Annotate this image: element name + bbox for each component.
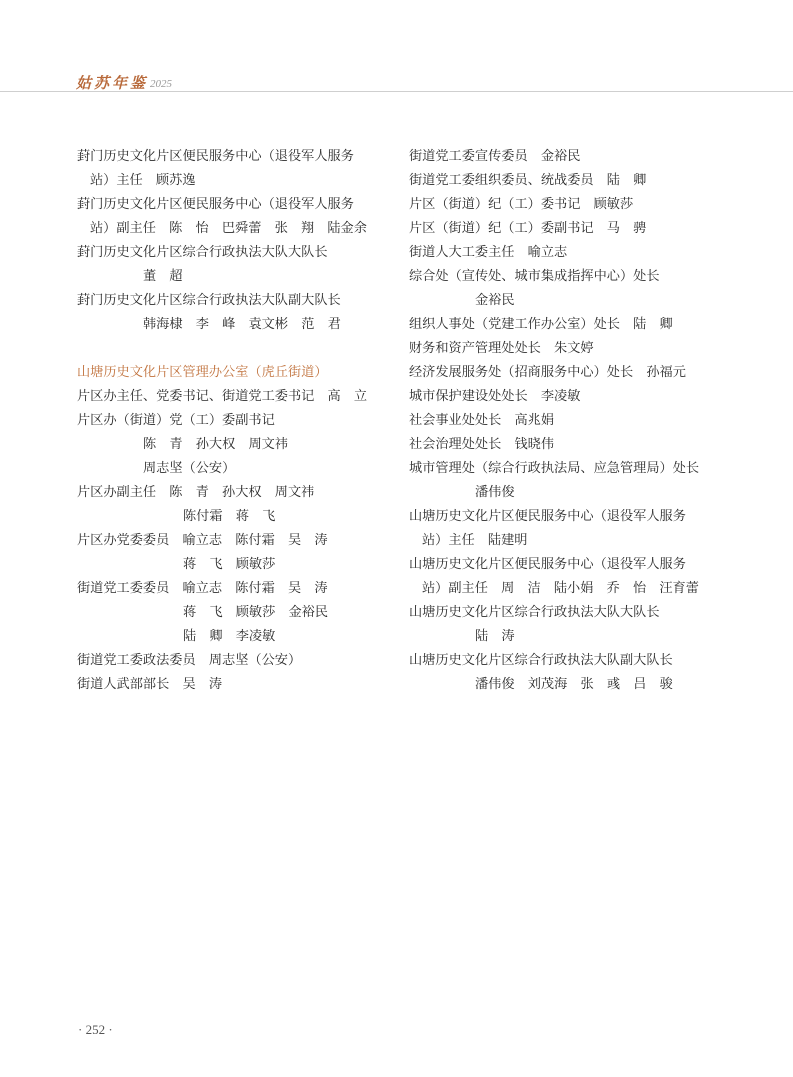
right-column: 街道党工委宣传委员 金裕民 街道党工委组织委员、统战委员 陆 卿 片区（街道）纪… bbox=[409, 145, 729, 697]
text-line: 山塘历史文化片区综合行政执法大队大队长 bbox=[409, 601, 729, 625]
text-line: 片区办主任、党委书记、街道党工委书记 高 立 bbox=[77, 385, 397, 409]
text-line: 片区（街道）纪（工）委副书记 马 骋 bbox=[409, 217, 729, 241]
text-line: 葑门历史文化片区综合行政执法大队副大队长 bbox=[77, 289, 397, 313]
page-number: · 252 · bbox=[78, 1022, 113, 1038]
text-line: 潘伟俊 bbox=[409, 481, 729, 505]
text-line: 韩海棣 李 峰 袁文彬 范 君 bbox=[77, 313, 397, 337]
text-line: 潘伟俊 刘茂海 张 彧 吕 骏 bbox=[409, 673, 729, 697]
yearbook-year: 2025 bbox=[150, 77, 172, 91]
text-line: 葑门历史文化片区便民服务中心（退役军人服务 bbox=[77, 193, 397, 217]
section-heading: 山塘历史文化片区管理办公室（虎丘街道） bbox=[77, 361, 397, 385]
text-line: 站）副主任 陈 怡 巴舜蕾 张 翔 陆金余 bbox=[77, 217, 397, 241]
yearbook-title: 姑苏年鉴 bbox=[76, 74, 148, 92]
text-line: 站）主任 顾苏逸 bbox=[77, 169, 397, 193]
text-line: 山塘历史文化片区综合行政执法大队副大队长 bbox=[409, 649, 729, 673]
text-line: 山塘历史文化片区便民服务中心（退役军人服务 bbox=[409, 553, 729, 577]
text-line: 街道党工委委员 喻立志 陈付霜 吴 涛 bbox=[77, 577, 397, 601]
text-line: 街道党工委组织委员、统战委员 陆 卿 bbox=[409, 169, 729, 193]
text-line: 片区办（街道）党（工）委副书记 bbox=[77, 409, 397, 433]
text-line: 城市保护建设处处长 李凌敏 bbox=[409, 385, 729, 409]
text-line: 街道党工委宣传委员 金裕民 bbox=[409, 145, 729, 169]
text-line: 周志坚（公安） bbox=[77, 457, 397, 481]
text-line: 蒋 飞 顾敏莎 bbox=[77, 553, 397, 577]
text-line: 葑门历史文化片区综合行政执法大队大队长 bbox=[77, 241, 397, 265]
text-line: 董 超 bbox=[77, 265, 397, 289]
text-line: 片区办党委委员 喻立志 陈付霜 吴 涛 bbox=[77, 529, 397, 553]
text-line: 陈 青 孙大权 周文祎 bbox=[77, 433, 397, 457]
left-column: 葑门历史文化片区便民服务中心（退役军人服务 站）主任 顾苏逸 葑门历史文化片区便… bbox=[77, 145, 397, 697]
text-line: 财务和资产管理处处长 朱文婷 bbox=[409, 337, 729, 361]
text-line: 经济发展服务处（招商服务中心）处长 孙福元 bbox=[409, 361, 729, 385]
text-line: 葑门历史文化片区便民服务中心（退役军人服务 bbox=[77, 145, 397, 169]
text-line: 城市管理处（综合行政执法局、应急管理局）处长 bbox=[409, 457, 729, 481]
text-line: 片区（街道）纪（工）委书记 顾敏莎 bbox=[409, 193, 729, 217]
page-header: 姑苏年鉴 2025 bbox=[0, 0, 793, 92]
text-line: 陆 涛 bbox=[409, 625, 729, 649]
header-divider bbox=[0, 91, 793, 92]
text-line: 社会事业处处长 高兆娟 bbox=[409, 409, 729, 433]
text-line: 组织人事处（党建工作办公室）处长 陆 卿 bbox=[409, 313, 729, 337]
text-line: 站）副主任 周 洁 陆小娟 乔 怡 汪育蕾 bbox=[409, 577, 729, 601]
text-line: 蒋 飞 顾敏莎 金裕民 bbox=[77, 601, 397, 625]
text-line: 陆 卿 李凌敏 bbox=[77, 625, 397, 649]
text-line: 山塘历史文化片区便民服务中心（退役军人服务 bbox=[409, 505, 729, 529]
text-line: 社会治理处处长 钱晓伟 bbox=[409, 433, 729, 457]
text-line: 金裕民 bbox=[409, 289, 729, 313]
text-line: 街道人大工委主任 喻立志 bbox=[409, 241, 729, 265]
text-line: 陈付霜 蒋 飞 bbox=[77, 505, 397, 529]
text-line: 街道党工委政法委员 周志坚（公安） bbox=[77, 649, 397, 673]
text-line: 片区办副主任 陈 青 孙大权 周文祎 bbox=[77, 481, 397, 505]
text-line: 站）主任 陆建明 bbox=[409, 529, 729, 553]
text-line: 街道人武部部长 吴 涛 bbox=[77, 673, 397, 697]
text-line: 综合处（宣传处、城市集成指挥中心）处长 bbox=[409, 265, 729, 289]
